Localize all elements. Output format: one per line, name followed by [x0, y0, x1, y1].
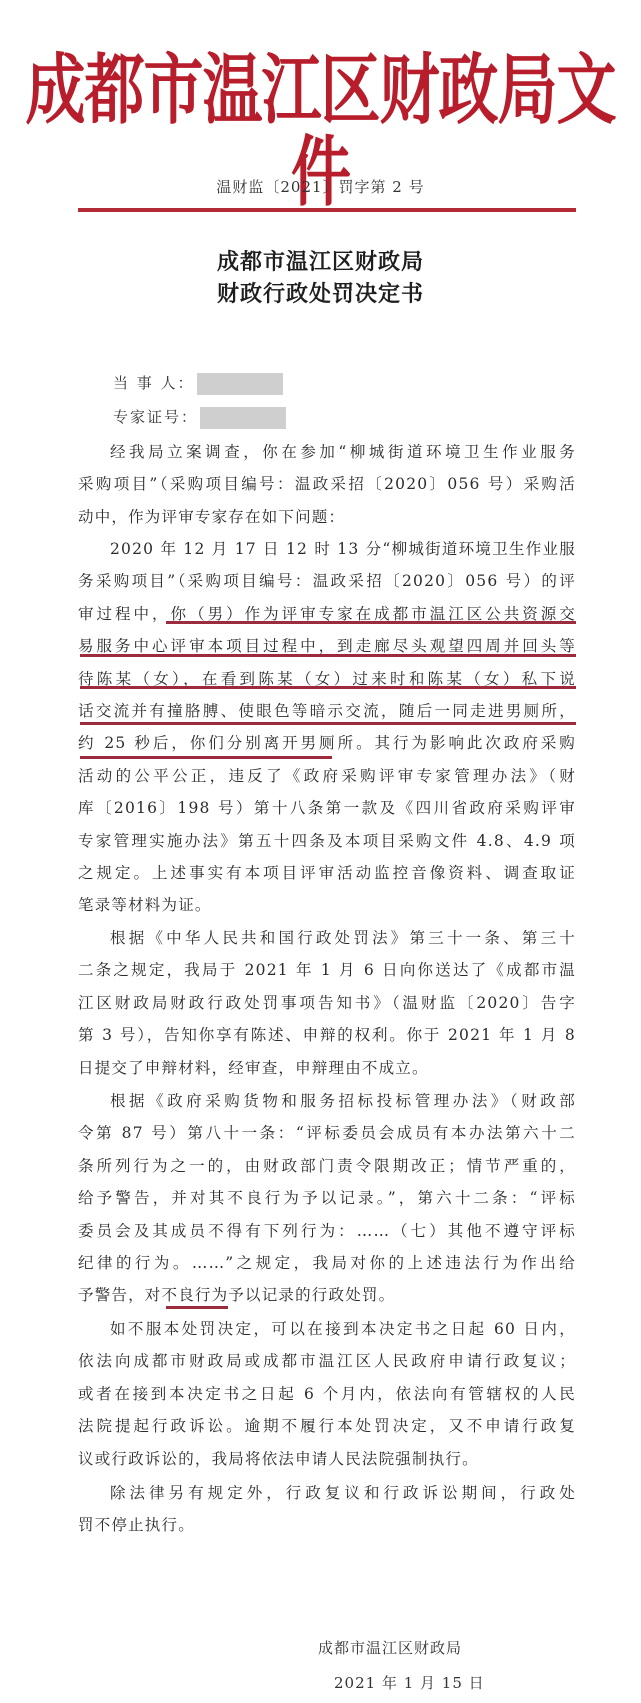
text-line: 议或行政诉讼的，我局将依法申请人民法院强制执行。	[78, 1443, 576, 1475]
text-line: 易服务中心评审本项目过程中，到走廊尽头观望四周并回头等	[78, 630, 576, 662]
text-line: 纪律的行为。……”之规定，我局对你的上述违法行为作出给	[78, 1247, 576, 1279]
text-line: 令第 87 号）第八十一条：“评标委员会成员有本办法第六十二	[78, 1117, 576, 1149]
red-underline	[166, 621, 576, 624]
paragraph-investigation: 经我局立案调查，你在参加“柳城街道环境卫生作业服务 采购项目”（采购项目编号：温…	[78, 436, 576, 533]
issuer-signature: 成都市温江区财政局	[318, 1637, 462, 1658]
decision-title-line1: 成都市温江区财政局	[0, 245, 641, 276]
document-number: 温财监〔2021〕罚字第 2 号	[0, 176, 641, 197]
text-line: 罚不停止执行。	[78, 1509, 576, 1541]
text-line: 或者在接到本决定书之日起 6 个月内，依法向有管辖权的人民	[78, 1378, 576, 1410]
expert-cert-redacted-block	[200, 407, 286, 429]
red-underline	[80, 756, 332, 759]
text-line: 第 3 号），告知你享有陈述、申辩的权利。你于 2021 年 1 月 8	[78, 1019, 576, 1051]
text-line: 条所列行为之一的，由财政部门责令限期改正；情节严重的，	[78, 1150, 576, 1182]
text-line: 约 25 秒后，你们分别离开男厕所。其行为影响此次政府采购	[78, 727, 576, 759]
text-line: 法院提起行政诉讼。逾期不履行本处罚决定，又不申请行政复	[78, 1410, 576, 1442]
text-line: 除法律另有规定外，行政复议和行政诉讼期间，行政处	[78, 1477, 576, 1509]
text-line: 委员会及其成员不得有下列行为：……（七）其他不遵守评标	[78, 1215, 576, 1247]
text-line: 笔录等材料为证。	[78, 889, 576, 921]
text-line: 给予警告，并对其不良行为予以记录。”，第六十二条：“评标	[78, 1182, 576, 1214]
text-line: 之规定。上述事实有本项目评审活动监控音像资料、调查取证	[78, 857, 576, 889]
paragraph-legal-basis: 根据《政府采购货物和服务招标投标管理办法》（财政部 令第 87 号）第八十一条：…	[78, 1085, 576, 1312]
decision-title-line2: 财政行政处罚决定书	[0, 277, 641, 308]
text-line: 如不服本处罚决定，可以在接到本决定书之日起 60 日内，	[78, 1313, 576, 1345]
text-line: 根据《政府采购货物和服务招标投标管理办法》（财政部	[78, 1085, 576, 1117]
paragraph-facts: 2020 年 12 月 17 日 12 时 13 分“柳城街道环境卫生作业服 务…	[78, 533, 576, 922]
text-line: 审过程中，你（男）作为评审专家在成都市温江区公共资源交	[78, 598, 576, 630]
paragraph-notification: 根据《中华人民共和国行政处罚法》第三十一条、第三十 二条之规定，我局于 2021…	[78, 922, 576, 1084]
paragraph-execution: 除法律另有规定外，行政复议和行政诉讼期间，行政处 罚不停止执行。	[78, 1477, 576, 1542]
text-line: 2020 年 12 月 17 日 12 时 13 分“柳城街道环境卫生作业服	[78, 533, 576, 565]
expert-cert-label: 专家证号：	[113, 408, 198, 426]
text-line: 采购项目”（采购项目编号：温政采招〔2020〕056 号）采购活	[78, 468, 576, 500]
red-underline	[80, 686, 576, 689]
text-line: 依法向成都市财政局或成都市温江区人民政府申请行政复议；	[78, 1345, 576, 1377]
red-underline	[166, 1306, 228, 1309]
text-line: 待陈某（女），在看到陈某（女）过来时和陈某（女）私下说	[78, 663, 576, 695]
party-redacted-block	[197, 373, 283, 395]
issue-date: 2021 年 1 月 15 日	[334, 1672, 485, 1693]
red-divider	[78, 208, 576, 212]
party-label: 当 事 人：	[113, 374, 195, 392]
text-line: 江区财政局财政行政处罚事项告知书》（温财监〔2020〕告字	[78, 987, 576, 1019]
expert-cert-field: 专家证号：	[113, 406, 286, 429]
text-line: 予警告，对不良行为予以记录的行政处罚。	[78, 1279, 576, 1311]
text-line: 动中，作为评审专家存在如下问题：	[78, 501, 576, 533]
text-line: 二条之规定，我局于 2021 年 1 月 6 日向你送达了《成都市温	[78, 954, 576, 986]
party-field: 当 事 人：	[113, 372, 283, 395]
text-line: 根据《中华人民共和国行政处罚法》第三十一条、第三十	[78, 922, 576, 954]
text-line: 专家管理实施办法》第五十四条及本项目采购文件 4.8、4.9 项	[78, 825, 576, 857]
text-line: 日提交了申辩材料，经审查，申辩理由不成立。	[78, 1052, 576, 1084]
paragraph-appeal-rights: 如不服本处罚决定，可以在接到本决定书之日起 60 日内， 依法向成都市财政局或成…	[78, 1313, 576, 1475]
red-underline	[80, 722, 576, 725]
text-line: 经我局立案调查，你在参加“柳城街道环境卫生作业服务	[78, 436, 576, 468]
text-line: 活动的公平公正，违反了《政府采购评审专家管理办法》（财	[78, 760, 576, 792]
text-line: 库〔2016〕198 号）第十八条第一款及《四川省政府采购评审	[78, 792, 576, 824]
text-line: 务采购项目”（采购项目编号：温政采招〔2020〕056 号）的评	[78, 565, 576, 597]
red-underline	[80, 654, 576, 657]
